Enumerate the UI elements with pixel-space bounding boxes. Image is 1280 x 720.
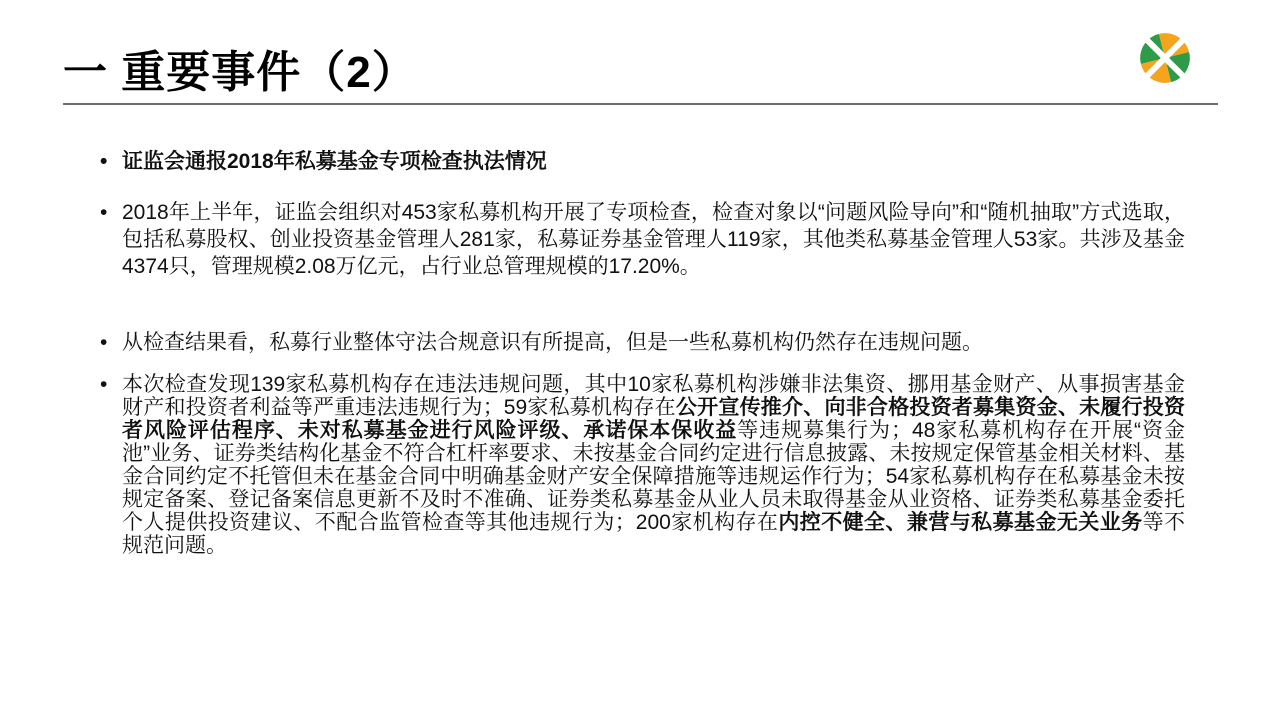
bullet-marker: • [100,150,107,174]
bullet-point-heading: • 证监会通报2018年私募基金专项检查执法情况 [95,150,1185,174]
title-divider [63,103,1218,105]
slide-title: 一 重要事件（2） [63,36,417,100]
amac-logo-icon [1138,31,1192,85]
presentation-slide: 一 重要事件（2） • 证监会通报2018年私募基金专项检查执法情况 • 201… [0,0,1280,720]
bullet-text: 从检查结果看，私募行业整体守法合规意识有所提高，但是一些私募机构仍然存在违规问题… [122,331,983,354]
bullet-point-violations-detail: • 本次检查发现139家私募机构存在违法违规问题，其中10家私募机构涉嫌非法集资… [95,373,1185,557]
text-run: 内控不健全、兼营与私募基金无关业务 [778,511,1142,534]
bullet-point-result-summary: • 从检查结果看，私募行业整体守法合规意识有所提高，但是一些私募机构仍然存在违规… [95,331,1185,354]
bullet-text: 证监会通报2018年私募基金专项检查执法情况 [122,150,547,173]
text-run: 证监会通报2018年私募基金专项检查执法情况 [122,150,547,173]
bullet-marker: • [100,373,107,396]
bullet-text: 本次检查发现139家私募机构存在违法违规问题，其中10家私募机构涉嫌非法集资、挪… [122,373,1185,557]
text-run: 2018年上半年，证监会组织对453家私募机构开展了专项检查，检查对象以“问题风… [122,201,1185,278]
slide-body: • 证监会通报2018年私募基金专项检查执法情况 • 2018年上半年，证监会组… [95,150,1185,557]
bullet-marker: • [100,331,107,354]
text-run: 从检查结果看，私募行业整体守法合规意识有所提高，但是一些私募机构仍然存在违规问题… [122,331,983,354]
bullet-point-inspection-overview: • 2018年上半年，证监会组织对453家私募机构开展了专项检查，检查对象以“问… [95,199,1185,280]
bullet-marker: • [100,199,107,226]
bullet-text: 2018年上半年，证监会组织对453家私募机构开展了专项检查，检查对象以“问题风… [122,201,1185,278]
